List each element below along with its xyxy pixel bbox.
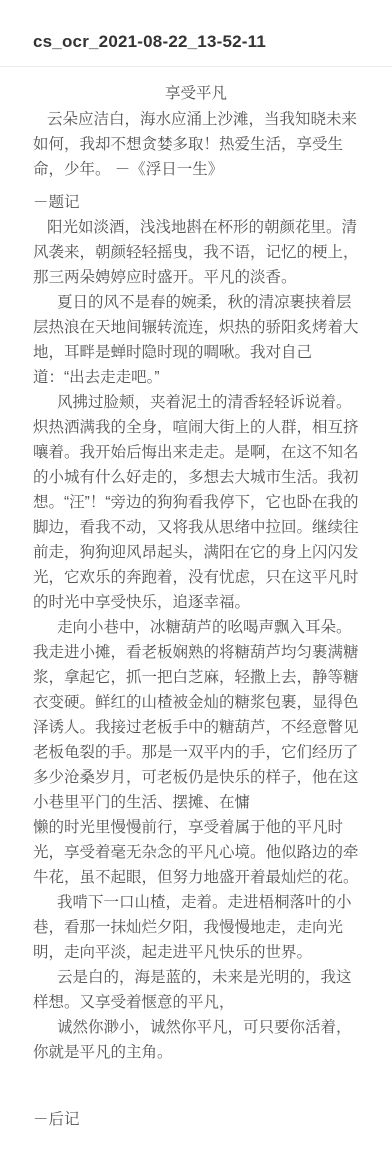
article-title: 享受平凡 (33, 81, 359, 107)
paragraph-5: 我啃下一口山楂，走着。走进梧桐落叶的小巷，看那一抹灿烂夕阳，我慢慢地走，走向光明… (33, 890, 359, 965)
header: cs_ocr_2021-08-22_13-52-11 (0, 0, 392, 66)
paragraph-6: 云是白的，海是蓝的，未来是光明的，我这样想。又享受着惬意的平凡， (33, 965, 359, 1015)
paragraph-2: 夏日的风不是春的婉柔，秋的清凉裹挟着层层热浪在天地间辗转流连，炽热的骄阳炙烤着大… (33, 290, 359, 390)
paragraph-3: 风拂过脸颊，夹着泥土的清香轻轻诉说着。炽热洒满我的全身，喧闹大街上的人群，相互挤… (33, 390, 359, 615)
page: cs_ocr_2021-08-22_13-52-11 享受平凡 云朵应洁白，海水… (0, 0, 392, 1157)
paragraph-epigraph-label: －题记 (33, 190, 359, 215)
paragraph-postscript-label: －后记 (33, 1107, 359, 1132)
divider (0, 66, 392, 67)
paragraph-7: 诚然你渺小，诚然你平凡，可只要你活着，你就是平凡的主角。 (33, 1015, 359, 1065)
paragraph-1: 阳光如淡酒，浅浅地斟在杯形的朝颜花里。清风袭来，朝颜轻轻摇曳，我不语，记忆的梗上… (33, 215, 359, 290)
paragraph-4: 走向小巷中，冰糖葫芦的吆喝声飘入耳朵。我走进小摊，看老板娴熟的将糖葫芦均匀裹满糖… (33, 615, 359, 890)
file-title: cs_ocr_2021-08-22_13-52-11 (33, 30, 359, 54)
article: 享受平凡 云朵应洁白，海水应涌上沙滩，当我知晓未来如何，我却不想贪婪多取！热爱生… (0, 81, 392, 1132)
paragraph-intro: 云朵应洁白，海水应涌上沙滩，当我知晓未来如何，我却不想贪婪多取！热爱生活，享受生… (33, 107, 359, 182)
